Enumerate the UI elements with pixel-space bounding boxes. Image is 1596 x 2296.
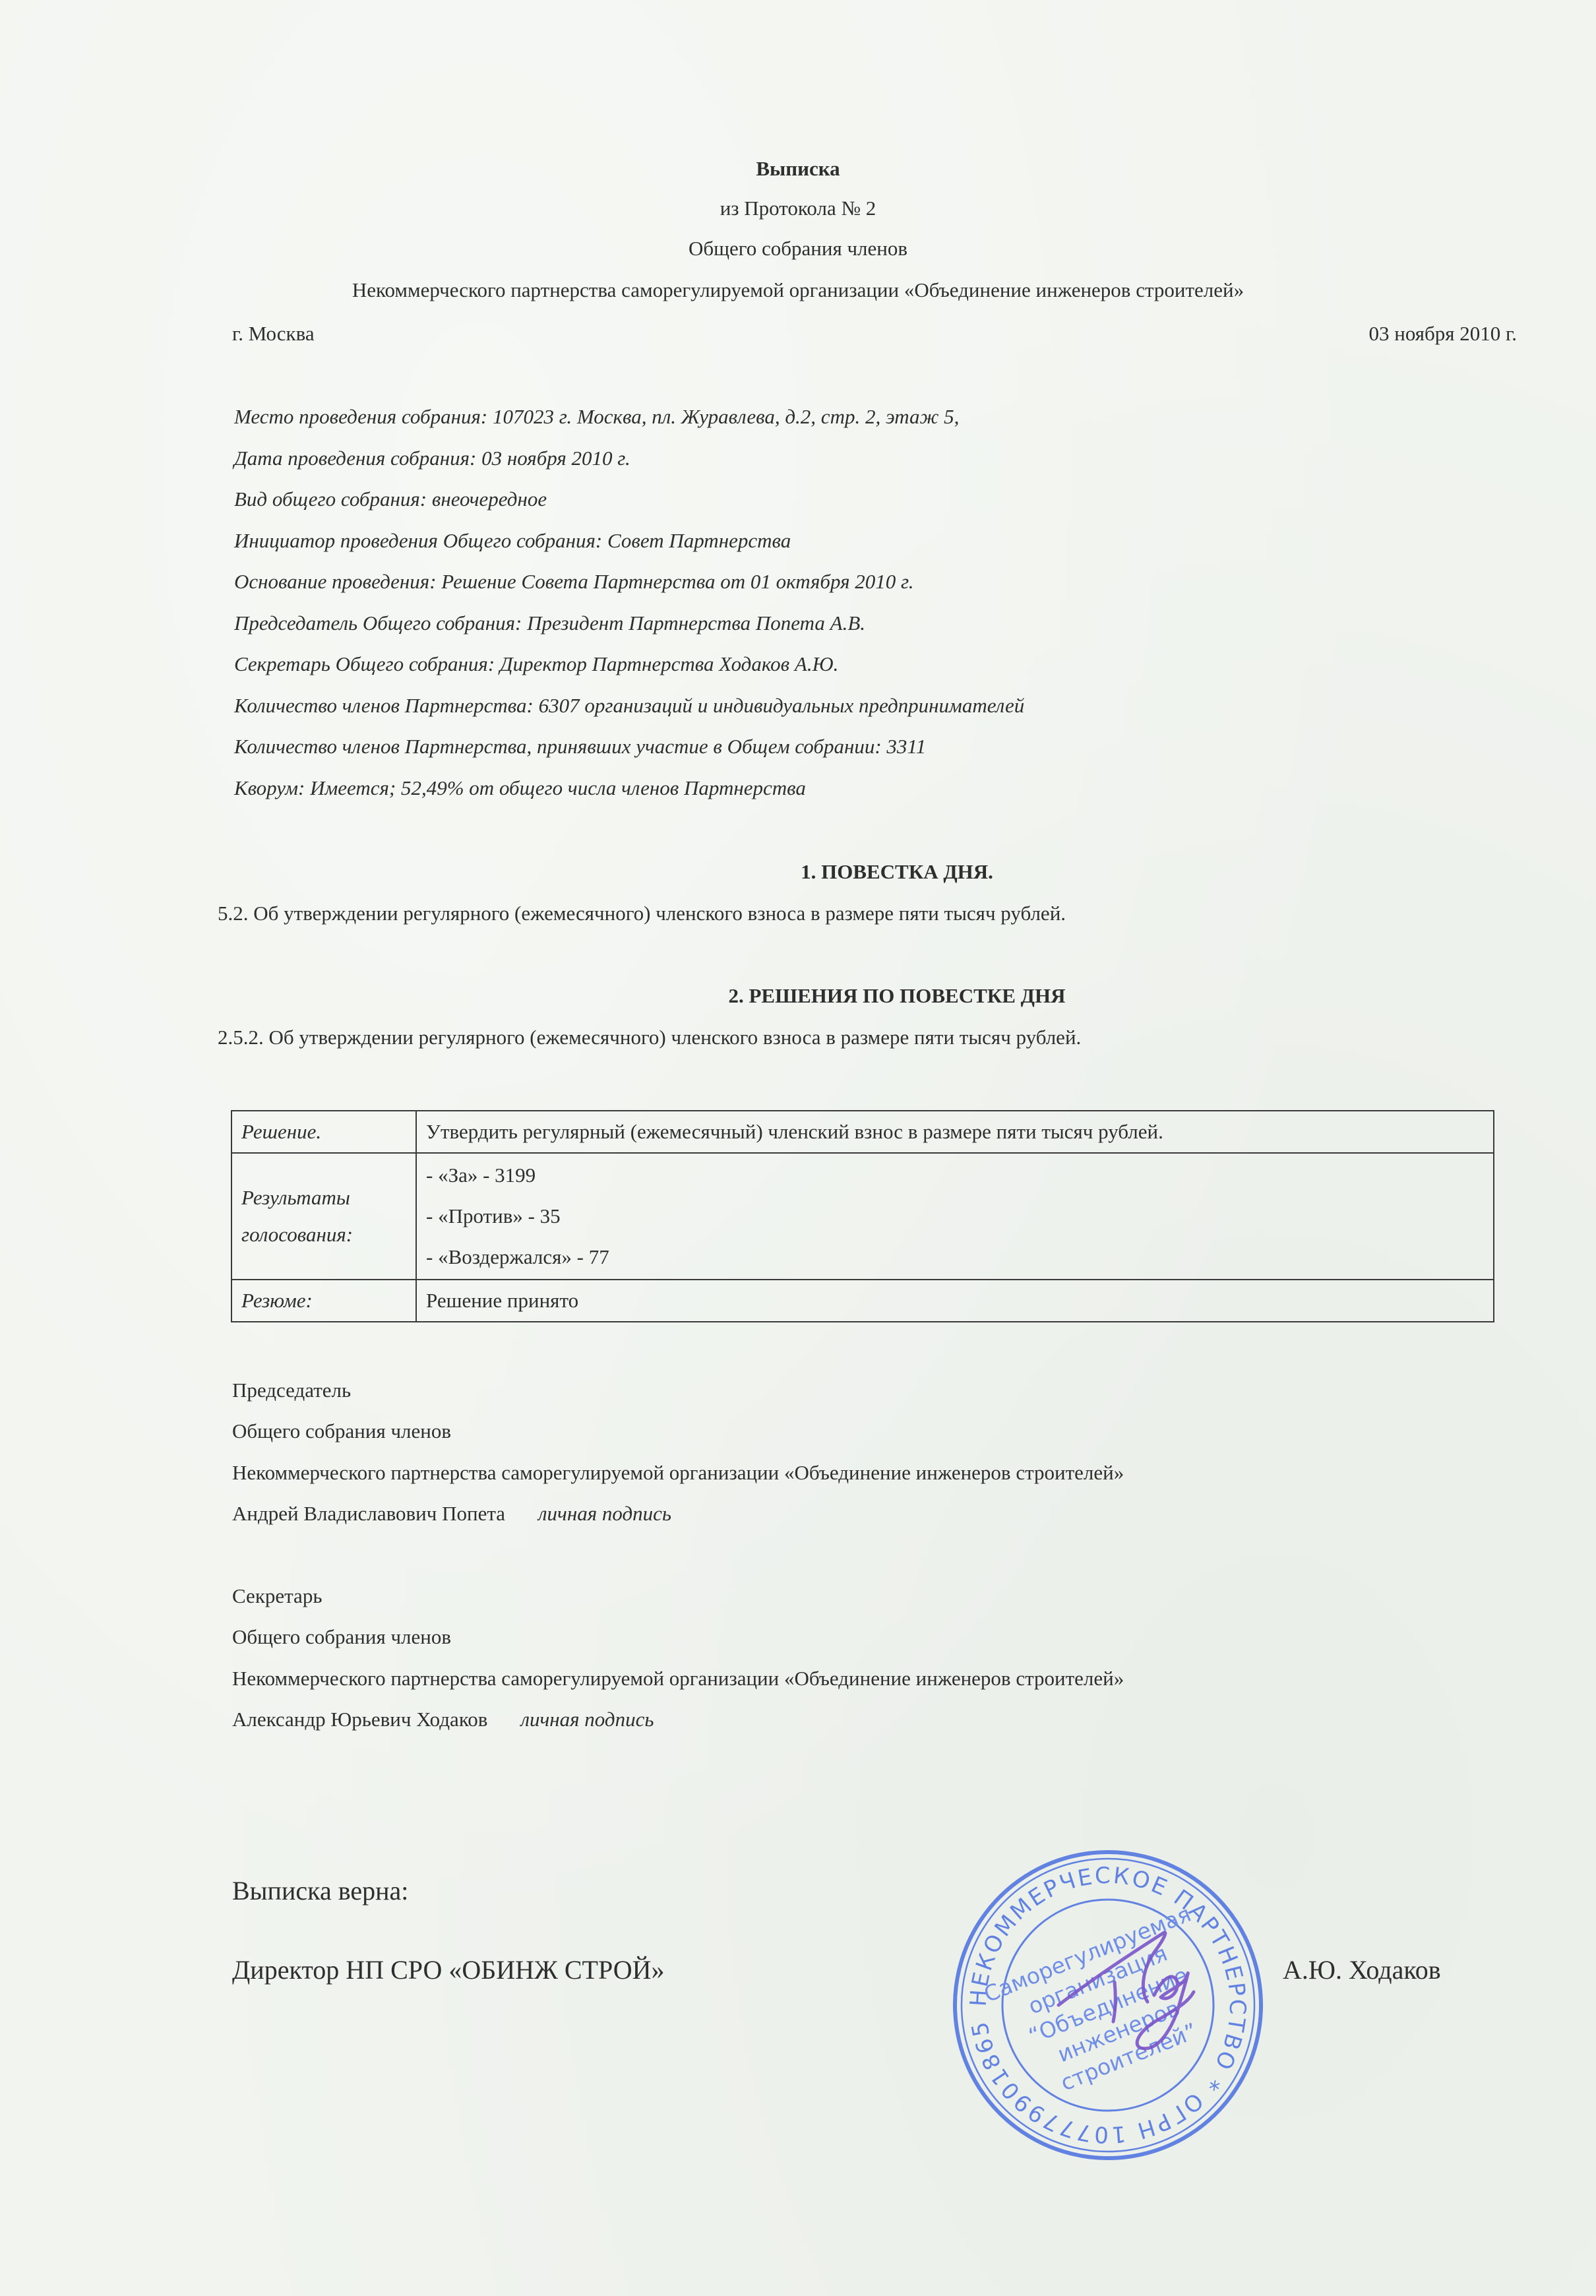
agenda-heading: 1. ПОВЕСТКА ДНЯ. <box>99 859 1596 885</box>
certification-position: Директор НП СРО «ОБИНЖ СТРОЙ» <box>232 1954 664 1986</box>
results-label-line-1: Результаты <box>241 1179 406 1216</box>
info-date: Дата проведения собрания: 03 ноября 2010… <box>234 445 630 472</box>
info-quorum: Кворум: Имеется; 52,49% от общего числа … <box>234 775 806 801</box>
summary-label: Резюме: <box>231 1280 416 1322</box>
chairman-organization: Некоммерческого партнерства саморегулиру… <box>232 1460 1124 1486</box>
result-abstained: - «Воздержался» - 77 <box>426 1237 1484 1278</box>
vote-table: Решение. Утвердить регулярный (ежемесячн… <box>231 1110 1494 1322</box>
result-for: - «За» - 3199 <box>426 1155 1484 1196</box>
document-page: Выписка из Протокола № 2 Общего собрания… <box>0 0 1596 2296</box>
info-member-count: Количество членов Партнерства: 6307 орга… <box>234 693 1024 719</box>
table-row-decision: Решение. Утвердить регулярный (ежемесячн… <box>231 1111 1494 1153</box>
decision-label: Решение. <box>231 1111 416 1153</box>
secretary-signature-line: Александр Юрьевич Ходаковличная подпись <box>232 1706 654 1733</box>
info-type: Вид общего собрания: внеочередное <box>234 486 547 512</box>
secretary-role: Секретарь <box>232 1583 322 1609</box>
document-subtitle-protocol: из Протокола № 2 <box>0 195 1596 222</box>
header-city: г. Москва <box>232 321 315 347</box>
info-basis: Основание проведения: Решение Совета Пар… <box>234 569 913 595</box>
secretary-organization: Некоммерческого партнерства саморегулиру… <box>232 1665 1124 1692</box>
secretary-signature-note: личная подпись <box>520 1708 654 1731</box>
decisions-heading: 2. РЕШЕНИЯ ПО ПОВЕСТКЕ ДНЯ <box>99 983 1596 1009</box>
certification-label: Выписка верна: <box>232 1875 408 1907</box>
chairman-role: Председатель <box>232 1377 351 1404</box>
document-organization: Некоммерческого партнерства саморегулиру… <box>0 277 1596 303</box>
info-secretary: Секретарь Общего собрания: Директор Парт… <box>234 651 838 677</box>
chairman-signature-line: Андрей Владиславович Попеталичная подпис… <box>232 1501 671 1527</box>
results-label: Результаты голосования: <box>231 1153 416 1280</box>
info-initiator: Инициатор проведения Общего собрания: Со… <box>234 528 791 554</box>
decision-text: Утвердить регулярный (ежемесячный) членс… <box>416 1111 1494 1153</box>
organization-stamp: НЕКОММЕРЧЕСКОЕ ПАРТНЕРСТВО * ОГРН 107779… <box>943 1840 1273 2170</box>
decisions-item: 2.5.2. Об утверждении регулярного (ежеме… <box>218 1024 1081 1051</box>
result-against: - «Против» - 35 <box>426 1196 1484 1237</box>
info-chairman: Председатель Общего собрания: Президент … <box>234 610 865 636</box>
chairman-signature-note: личная подпись <box>538 1502 671 1525</box>
results-label-line-2: голосования: <box>241 1216 406 1253</box>
summary-text: Решение принято <box>416 1280 1494 1322</box>
chairman-name: Андрей Владиславович Попета <box>232 1502 505 1525</box>
stamp-seal-icon: НЕКОММЕРЧЕСКОЕ ПАРТНЕРСТВО * ОГРН 107779… <box>943 1840 1273 2170</box>
table-row-results: Результаты голосования: - «За» - 3199 - … <box>231 1153 1494 1280</box>
results-list: - «За» - 3199 - «Против» - 35 - «Воздерж… <box>426 1155 1484 1278</box>
secretary-name: Александр Юрьевич Ходаков <box>232 1708 487 1731</box>
agenda-item: 5.2. Об утверждении регулярного (ежемеся… <box>218 900 1066 927</box>
results-values: - «За» - 3199 - «Против» - 35 - «Воздерж… <box>416 1153 1494 1280</box>
info-participants: Количество членов Партнерства, принявших… <box>234 733 926 760</box>
table-row-summary: Резюме: Решение принято <box>231 1280 1494 1322</box>
header-date: 03 ноября 2010 г. <box>1368 321 1517 347</box>
info-venue: Место проведения собрания: 107023 г. Мос… <box>234 404 959 430</box>
secretary-body: Общего собрания членов <box>232 1624 451 1650</box>
certification-signer: А.Ю. Ходаков <box>1283 1954 1441 1986</box>
document-subtitle-meeting: Общего собрания членов <box>0 235 1596 262</box>
chairman-body: Общего собрания членов <box>232 1418 451 1444</box>
document-title: Выписка <box>0 156 1596 182</box>
